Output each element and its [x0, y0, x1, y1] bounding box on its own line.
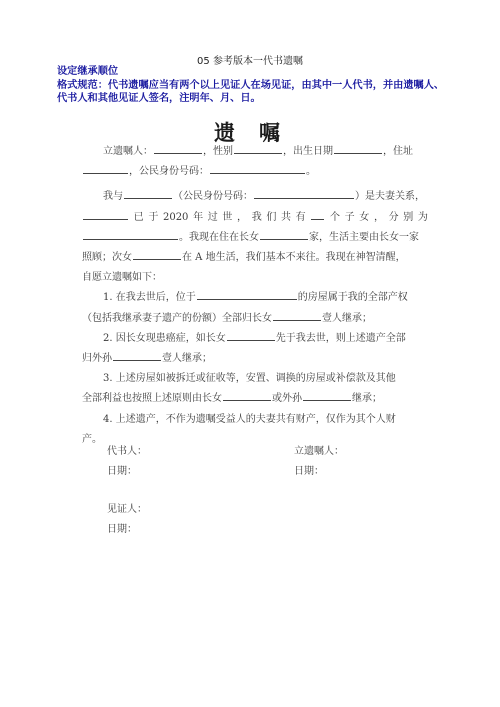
- text: 或外孙: [272, 393, 302, 404]
- property-location-blank[interactable]: [197, 288, 297, 300]
- text: 照顾；次女: [82, 252, 132, 263]
- children-names-blank[interactable]: [83, 228, 178, 240]
- word: 女: [359, 208, 369, 228]
- family-line-2: 已 于 2020 年 过 世 ， 我 们 共 有 个 子 女 ， 分 别 为: [82, 208, 428, 228]
- id-number-label: ，公民身份号码：: [129, 166, 209, 177]
- gender-blank[interactable]: [234, 142, 282, 154]
- word: 我: [252, 208, 262, 228]
- id-number-blank[interactable]: [210, 162, 305, 174]
- text: 壹人继承；: [162, 353, 212, 364]
- clause3-grandson-blank[interactable]: [303, 389, 351, 401]
- scribe-date-label: 日期：: [107, 462, 137, 477]
- spouse-id-blank[interactable]: [254, 187, 354, 199]
- word: 于: [148, 208, 158, 228]
- word: 分: [389, 208, 399, 228]
- testator-signature-label: 立遗嘱人：: [294, 442, 344, 457]
- text: ）是夫妻关系，: [355, 191, 425, 202]
- eldest-daughter-name-blank[interactable]: [227, 329, 275, 341]
- text: 归外孙: [82, 353, 112, 364]
- testator-label: 立遗嘱人：: [103, 146, 153, 157]
- text: 继承；: [352, 393, 382, 404]
- grandson-blank[interactable]: [113, 349, 161, 361]
- family-line-5: 自愿立遗嘱如下：: [82, 268, 428, 288]
- intro-line-1: 立遗嘱人：，性别，出生日期，住址: [82, 142, 428, 162]
- will-body: 立遗嘱人：，性别，出生日期，住址 ，公民身份号码：。 我与（公民身份号码：）是夫…: [82, 142, 428, 450]
- word: ，: [237, 208, 247, 228]
- birth-date-label: ，出生日期: [283, 146, 333, 157]
- text: 1. 在我去世后，位于: [103, 292, 196, 303]
- guide-block: 设定继承顺位 格式规范：代书遗嘱应当有两个以上见证人在场见证，由其中一人代书，并…: [57, 65, 457, 106]
- word: 别: [403, 208, 413, 228]
- spouse-name-blank[interactable]: [124, 187, 172, 199]
- word: 过: [208, 208, 218, 228]
- gender-label: ，性别: [203, 146, 233, 157]
- text: 。我现在住在长女: [179, 232, 259, 243]
- second-daughter-blank[interactable]: [133, 248, 181, 260]
- word: 世: [222, 208, 232, 228]
- testator-date-label: 日期：: [294, 462, 324, 477]
- clause-3-line-2: 全部利益也按照上述原则由长女或外孙继承；: [82, 389, 428, 409]
- spouse-blank[interactable]: [83, 208, 128, 220]
- text: 壹人继承；: [322, 313, 372, 324]
- text: 先于我去世，则上述遗产全部: [276, 333, 406, 344]
- scribe-label: 代书人：: [107, 442, 147, 457]
- word: ，: [374, 208, 384, 228]
- birth-date-blank[interactable]: [334, 142, 382, 154]
- word: 个: [330, 208, 340, 228]
- word: 年: [193, 208, 203, 228]
- clause-2-line-2: 归外孙壹人继承；: [82, 349, 428, 369]
- signature-area: 代书人： 立遗嘱人： 日期： 日期： 见证人： 日期：: [107, 442, 407, 540]
- word: 们: [266, 208, 276, 228]
- family-line-1: 我与（公民身份号码：）是夫妻关系，: [82, 187, 428, 207]
- word: 子: [345, 208, 355, 228]
- text: 全部利益也按照上述原则由长女: [82, 393, 222, 404]
- clause3-daughter-blank[interactable]: [223, 389, 271, 401]
- word: 已: [134, 208, 144, 228]
- text: （包括我继承妻子遗产的份额）全部归长女: [82, 313, 272, 324]
- intro-line-2: ，公民身份号码：。: [82, 162, 428, 182]
- witness-label: 见证人：: [107, 500, 147, 515]
- clause-1-line-1: 1. 在我去世后，位于的房屋属于我的全部产权: [82, 288, 428, 308]
- heir-eldest-daughter-blank[interactable]: [273, 309, 321, 321]
- address-label: ，住址: [383, 146, 413, 157]
- word: 有: [296, 208, 306, 228]
- eldest-daughter-blank[interactable]: [260, 228, 308, 240]
- text: 的房屋属于我的全部产权: [298, 292, 408, 303]
- text: 我与: [103, 191, 123, 202]
- clause-1-line-2: （包括我继承妻子遗产的份额）全部归长女壹人继承；: [82, 309, 428, 329]
- text: （公民身份号码：: [173, 191, 253, 202]
- testator-name-blank[interactable]: [154, 142, 202, 154]
- family-line-4: 照顾；次女在 A 地生活，我们基本不来往。我现在神智清醒，: [82, 248, 428, 268]
- format-rule-line-2: 代书人和其他见证人签名，注明年、月、日。: [57, 92, 457, 106]
- word: 共: [281, 208, 291, 228]
- text: 在 A 地生活，我们基本不来往。我现在神智清醒，: [182, 252, 406, 263]
- clause-2-line-1: 2. 因长女现患癌症，如长女先于我去世，则上述遗产全部: [82, 329, 428, 349]
- clause-4-line-1: 4. 上述遗产，不作为遗嘱受益人的夫妻共有财产，仅作为其个人财: [82, 410, 428, 430]
- year: 2020: [163, 208, 188, 228]
- children-count-blank[interactable]: [311, 208, 324, 220]
- text: 家，生活主要由长女一家: [309, 232, 419, 243]
- format-rule-line-1: 格式规范：代书遗嘱应当有两个以上见证人在场见证，由其中一人代书，并由遗嘱人、: [57, 79, 457, 93]
- witness-date-label: 日期：: [107, 520, 137, 535]
- clause-3-line-1: 3. 上述房屋如被拆迁或征收等，安置、调换的房屋或补偿款及其他: [82, 369, 428, 389]
- guide-heading: 设定继承顺位: [57, 65, 457, 79]
- word: 为: [418, 208, 428, 228]
- family-line-3: 。我现在住在长女家，生活主要由长女一家: [82, 228, 428, 248]
- text: 2. 因长女现患癌症，如长女: [103, 333, 226, 344]
- address-blank[interactable]: [83, 162, 128, 174]
- period: 。: [306, 166, 316, 177]
